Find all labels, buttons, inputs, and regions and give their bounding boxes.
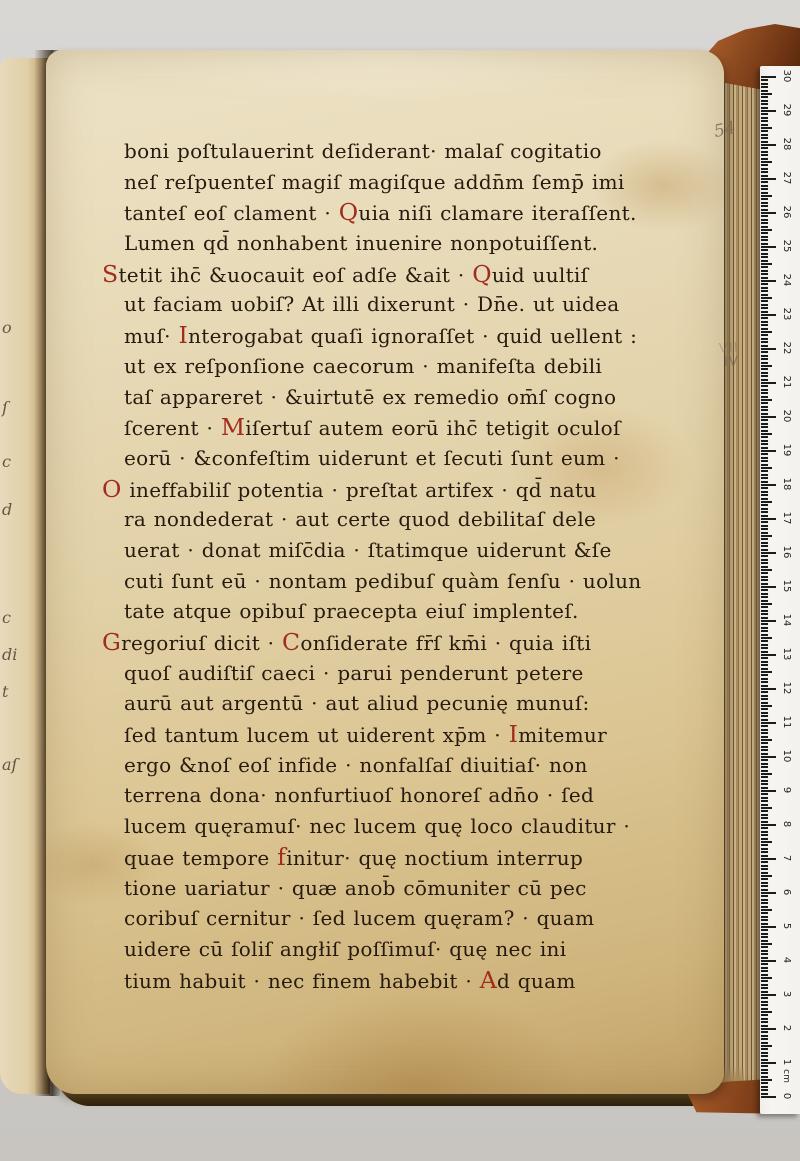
ruler-tick	[761, 436, 768, 438]
ruler-tick	[761, 797, 768, 799]
ruler-tick	[761, 729, 768, 731]
ruler-unit-label: cm	[779, 1067, 793, 1085]
ruler-tick	[761, 586, 776, 588]
ruler-tick	[761, 912, 768, 914]
ruler-number: 23	[779, 305, 793, 323]
margin-mark-iv: IV	[724, 355, 739, 370]
ruler-tick	[761, 76, 776, 78]
ruler-tick	[761, 858, 776, 860]
ruler-tick	[761, 807, 772, 809]
ruler-tick	[761, 790, 776, 792]
ruler-tick	[761, 511, 768, 513]
rubric-initial: f	[277, 843, 286, 871]
ruler-tick	[761, 283, 768, 285]
ruler-number: 29	[779, 101, 793, 119]
ruler-tick	[761, 144, 776, 146]
ruler-number: 10	[779, 747, 793, 765]
ruler-tick	[761, 355, 768, 357]
ruler-tick	[761, 746, 768, 748]
ruler-tick	[761, 725, 768, 727]
manuscript-text-line: neſ reſpuenteſ magiſ magiſque addn̄m ſem…	[124, 167, 709, 198]
ruler-tick	[761, 487, 768, 489]
ruler-tick	[761, 977, 772, 979]
ruler-number: 20	[779, 407, 793, 425]
ruler-tick	[761, 1008, 768, 1010]
ruler-tick	[761, 967, 768, 969]
manuscript-text-line: ut ex reſponſione caecorum · manifeſta d…	[124, 351, 709, 382]
ruler-number: 26	[779, 203, 793, 221]
ruler-tick	[761, 504, 768, 506]
ruler-tick	[761, 202, 768, 204]
ruler-tick	[761, 297, 772, 299]
ruler-tick	[761, 219, 768, 221]
ruler-tick	[761, 756, 776, 758]
ruler-tick	[761, 596, 768, 598]
ruler-tick	[761, 1018, 768, 1020]
ruler-tick	[761, 1096, 776, 1098]
ruler-tick	[761, 453, 768, 455]
ruler-tick	[761, 834, 768, 836]
ruler-tick	[761, 763, 768, 765]
manuscript-page: 54 VII IV boni poſtulauerint deſiderant·…	[46, 50, 724, 1094]
ruler-tick	[761, 749, 768, 751]
ruler-tick	[761, 719, 768, 721]
facing-page-text-fragment: o	[2, 318, 12, 337]
text-segment: ra nondederat · aut certe quod debilitaſ…	[124, 507, 596, 531]
ruler-tick	[761, 549, 768, 551]
manuscript-text-line: boni poſtulauerint deſiderant· malaſ cog…	[124, 136, 709, 167]
manuscript-text-line: muſ· Interogabat quaſi ignoraſſet · quid…	[124, 320, 709, 351]
ruler-tick	[761, 1021, 768, 1023]
ruler-number: 0	[779, 1087, 793, 1105]
ruler-tick	[761, 331, 772, 333]
ruler-tick	[761, 351, 768, 353]
text-segment: uidere cū ſoliſ angłiſ poſſimuſ· quę nec…	[124, 937, 566, 961]
ruler-tick	[761, 321, 768, 323]
ruler-tick	[761, 470, 768, 472]
ruler-tick	[761, 273, 768, 275]
text-segment: mitemur	[518, 723, 607, 747]
ruler-tick	[761, 671, 772, 673]
ruler-tick	[761, 151, 768, 153]
ruler-tick	[761, 532, 768, 534]
ruler-tick	[761, 1011, 772, 1013]
text-segment: tanteſ eoſ clament ·	[124, 201, 339, 225]
ruler-tick	[761, 464, 768, 466]
ruler-tick	[761, 491, 768, 493]
text-segment: uia niſi clamare iteraſſent.	[358, 201, 636, 225]
ruler-tick	[761, 555, 768, 557]
text-block: boni poſtulauerint deſiderant· malaſ cog…	[124, 136, 709, 995]
ruler-tick	[761, 243, 768, 245]
text-segment: tate atque opibuſ praecepta eiuſ implent…	[124, 599, 579, 623]
ruler-number: 7	[779, 849, 793, 867]
ruler-tick	[761, 375, 768, 377]
text-segment: quoſ audiſtiſ caeci · parui penderunt pe…	[124, 661, 584, 685]
text-segment: ineffabiliſ potentia · preſtat artifex ·…	[122, 478, 597, 502]
ruler-number: 6	[779, 883, 793, 901]
ruler-tick	[761, 171, 768, 173]
ruler-tick	[761, 270, 768, 272]
ruler-tick	[761, 406, 768, 408]
ruler-tick	[761, 593, 768, 595]
manuscript-text-line: ſed tantum lucem ut uiderent xp̄m · Imit…	[124, 719, 709, 750]
ruler-tick	[761, 1031, 768, 1033]
ruler-tick	[761, 1001, 768, 1003]
ruler-tick	[761, 311, 768, 313]
facing-page-text-fragment: c	[2, 452, 11, 471]
ruler-tick	[761, 875, 772, 877]
ruler-tick	[761, 600, 768, 602]
ruler-number: 4	[779, 951, 793, 969]
ruler-tick	[761, 236, 768, 238]
ruler-tick	[761, 613, 768, 615]
ruler-tick	[761, 209, 768, 211]
ruler-tick	[761, 997, 768, 999]
facing-page-text-fragment: ſ	[2, 398, 8, 417]
ruler-number: 3	[779, 985, 793, 1003]
ruler-tick	[761, 317, 768, 319]
ruler-tick	[761, 960, 776, 962]
ruler-tick	[761, 722, 776, 724]
ruler-tick	[761, 926, 776, 928]
ruler-tick	[761, 1076, 768, 1078]
ruler-tick	[761, 664, 768, 666]
ruler-tick	[761, 110, 776, 112]
text-segment: initur· quę noctium interrup	[286, 846, 583, 870]
ruler-tick	[761, 732, 768, 734]
ruler-tick	[761, 773, 772, 775]
ruler-tick	[761, 328, 768, 330]
ruler-tick	[761, 814, 768, 816]
ruler-tick	[761, 253, 768, 255]
ruler-number: 27	[779, 169, 793, 187]
ruler-tick	[761, 906, 768, 908]
ruler-tick	[761, 943, 772, 945]
text-segment: uid uultiſ	[492, 263, 588, 287]
ruler-tick	[761, 538, 768, 540]
ruler-tick	[761, 984, 768, 986]
ruler-tick	[761, 246, 776, 248]
ruler-tick	[761, 521, 768, 523]
ruler-tick	[761, 566, 768, 568]
ruler-tick	[761, 654, 776, 656]
ruler-tick	[761, 892, 776, 894]
ruler-tick	[761, 368, 768, 370]
ruler-tick	[761, 1059, 768, 1061]
ruler-number: 14	[779, 611, 793, 629]
ruler-number: 11	[779, 713, 793, 731]
ruler-tick	[761, 277, 768, 279]
manuscript-text-line: Lumen qd̄ nonhabent inuenire nonpotuiſſe…	[124, 228, 709, 259]
ruler-tick	[761, 501, 772, 503]
ruler-tick	[761, 766, 768, 768]
manuscript-text-line: ut faciam uobiſ? At illi dixerunt · Dn̄e…	[124, 289, 709, 320]
rubric-initial: A	[480, 966, 497, 994]
ruler-tick	[761, 324, 768, 326]
ruler-tick	[761, 1072, 768, 1074]
ruler-tick	[761, 810, 768, 812]
ruler-tick	[761, 96, 768, 98]
facing-page-text-fragment: t	[2, 682, 8, 701]
ruler-tick	[761, 141, 768, 143]
ruler-tick	[761, 1089, 768, 1091]
ruler-tick	[761, 498, 768, 500]
text-segment: ut ex reſponſione caecorum · manifeſta d…	[124, 354, 602, 378]
ruler-tick	[761, 991, 768, 993]
ruler-tick	[761, 868, 768, 870]
facing-page-text-fragment: d	[2, 500, 12, 519]
ruler-tick	[761, 1055, 768, 1057]
text-segment: tione uariatur · quæ anob̄ cōmuniter cū …	[124, 876, 587, 900]
ruler-tick	[761, 280, 776, 282]
ruler-tick	[761, 617, 768, 619]
ruler-tick	[761, 902, 768, 904]
ruler-number: 2	[779, 1019, 793, 1037]
ruler-tick	[761, 416, 776, 418]
ruler-tick	[761, 895, 768, 897]
ruler-tick	[761, 661, 768, 663]
ruler-tick	[761, 164, 768, 166]
ruler-tick	[761, 1048, 768, 1050]
ruler-tick	[761, 793, 768, 795]
ruler-tick	[761, 528, 768, 530]
ruler-tick	[761, 83, 768, 85]
ruler-tick	[761, 889, 768, 891]
ruler-tick	[761, 365, 772, 367]
ruler-number: 13	[779, 645, 793, 663]
ruler-tick	[761, 205, 768, 207]
text-segment: muſ·	[124, 324, 178, 348]
text-segment: regoriuſ dicit ·	[121, 631, 282, 655]
ruler-tick	[761, 855, 768, 857]
ruler-tick	[761, 134, 768, 136]
text-segment: terrena dona· nonfurtiuoſ honoreſ adn̄o …	[124, 783, 594, 807]
manuscript-text-line: eorū · &confeſtim uiderunt et ſecuti ſun…	[124, 443, 709, 474]
manuscript-text-line: tione uariatur · quæ anob̄ cōmuniter cū …	[124, 873, 709, 904]
ruler-tick	[761, 168, 768, 170]
facing-page-text-fragment: aſ	[2, 755, 17, 774]
ruler-tick	[761, 936, 768, 938]
ruler-tick	[761, 195, 772, 197]
ruler-tick	[761, 848, 768, 850]
text-segment: cuti ſunt eū · nontam pedibuſ quàm ſenſu…	[124, 569, 641, 593]
rubric-initial: C	[282, 628, 300, 656]
ruler-number: 18	[779, 475, 793, 493]
ruler-tick	[761, 708, 768, 710]
ruler-tick	[761, 93, 772, 95]
ruler-tick	[761, 637, 772, 639]
manuscript-text-line: tium habuit · nec finem habebit · Ad qua…	[124, 965, 709, 996]
ruler-tick	[761, 634, 768, 636]
text-segment: lucem quęramuſ· nec lucem quę loco claud…	[124, 814, 630, 838]
ruler-tick	[761, 1052, 768, 1054]
ruler-tick	[761, 447, 768, 449]
ruler-tick	[761, 382, 776, 384]
ruler-tick	[761, 950, 768, 952]
ruler-tick	[761, 467, 772, 469]
ruler-tick	[761, 878, 768, 880]
ruler-tick	[761, 338, 768, 340]
ruler-tick	[761, 882, 768, 884]
ruler-tick	[761, 657, 768, 659]
text-segment: ergo &noſ eoſ infide · nonfalſaſ diuitia…	[124, 753, 588, 777]
ruler-tick	[761, 817, 768, 819]
ruler-tick	[761, 824, 776, 826]
ruler-tick	[761, 1035, 768, 1037]
ruler-tick	[761, 508, 768, 510]
text-segment: neſ reſpuenteſ magiſ magiſque addn̄m ſem…	[124, 170, 625, 194]
ruler-tick	[761, 256, 768, 258]
manuscript-text-line: O ineffabiliſ potentia · preſtat artifex…	[102, 474, 709, 505]
ruler-tick	[761, 154, 768, 156]
ruler-tick	[761, 229, 772, 231]
ruler-tick	[761, 423, 768, 425]
ruler-tick	[761, 413, 768, 415]
ruler-tick	[761, 1079, 772, 1081]
ruler-tick	[761, 753, 768, 755]
ruler-tick	[761, 419, 768, 421]
ruler-tick	[761, 263, 772, 265]
ruler-number: 12	[779, 679, 793, 697]
ruler-tick	[761, 787, 768, 789]
ruler-tick	[761, 569, 772, 571]
ruler-number: 22	[779, 339, 793, 357]
ruler-tick	[761, 1045, 772, 1047]
ruler-tick	[761, 185, 768, 187]
ruler-tick	[761, 215, 768, 217]
ruler-number: 30	[779, 67, 793, 85]
ruler-tick	[761, 770, 768, 772]
ruler-tick	[761, 348, 776, 350]
manuscript-text-line: taſ appareret · &uirtutē ex remedio om̄ſ…	[124, 382, 709, 413]
ruler-tick	[761, 1014, 768, 1016]
ruler-tick	[761, 304, 768, 306]
ruler-tick	[761, 290, 768, 292]
ruler-tick	[761, 389, 768, 391]
ruler-tick	[761, 147, 768, 149]
text-segment: d quam	[497, 969, 576, 993]
ruler-tick	[761, 909, 772, 911]
ruler-tick	[761, 158, 768, 160]
ruler-tick	[761, 678, 768, 680]
ruler-tick	[761, 1025, 768, 1027]
ruler-tick	[761, 957, 768, 959]
ruler-tick	[761, 980, 768, 982]
ruler-tick	[761, 392, 768, 394]
ruler-tick	[761, 844, 768, 846]
text-segment: nterogabat quaſi ignoraſſet · quid uelle…	[188, 324, 637, 348]
manuscript-text-line: ſcerent · Miſertuſ autem eorū ihc̄ tetig…	[124, 412, 709, 443]
ruler-tick	[761, 831, 768, 833]
text-segment: tium habuit · nec finem habebit ·	[124, 969, 480, 993]
ruler-tick	[761, 90, 768, 92]
ruler-tick	[761, 358, 768, 360]
text-segment: boni poſtulauerint deſiderant· malaſ cog…	[124, 139, 602, 163]
ruler-tick	[761, 345, 768, 347]
ruler-tick	[761, 86, 768, 88]
ruler-tick	[761, 552, 776, 554]
ruler-tick	[761, 100, 768, 102]
ruler-tick	[761, 572, 768, 574]
ruler-number: 17	[779, 509, 793, 527]
ruler-tick	[761, 583, 768, 585]
ruler-tick	[761, 1086, 768, 1088]
ruler-tick	[761, 399, 772, 401]
ruler-tick	[761, 477, 768, 479]
facing-page-text-fragment: c	[2, 608, 11, 627]
ruler-tick	[761, 161, 772, 163]
ruler-number: 19	[779, 441, 793, 459]
ruler-tick	[761, 226, 768, 228]
ruler-tick	[761, 178, 776, 180]
ruler-tick	[761, 212, 776, 214]
ruler-tick	[761, 933, 768, 935]
ruler-tick	[761, 946, 768, 948]
ruler-tick	[761, 124, 768, 126]
ruler-number: 24	[779, 271, 793, 289]
ruler-tick	[761, 1038, 768, 1040]
ruler-tick	[761, 266, 768, 268]
ruler-tick	[761, 460, 768, 462]
ruler-tick	[761, 559, 768, 561]
manuscript-text-line: quoſ audiſtiſ caeci · parui penderunt pe…	[124, 658, 709, 689]
ruler: 0123456789101112131415161718192021222324…	[760, 66, 800, 1114]
ruler-number: 25	[779, 237, 793, 255]
ruler-tick	[761, 535, 772, 537]
facing-page-text-fragment: di	[2, 645, 17, 664]
text-segment: aurū aut argentū · aut aliud pecunię mun…	[124, 691, 590, 715]
ruler-tick	[761, 481, 768, 483]
ruler-tick	[761, 307, 768, 309]
ruler-tick	[761, 851, 768, 853]
text-segment: uerat · donat miſc̄dia · ſtatimque uider…	[124, 538, 612, 562]
ruler-tick	[761, 120, 768, 122]
ruler-tick	[761, 484, 776, 486]
manuscript-text-line: uerat · donat miſc̄dia · ſtatimque uider…	[124, 535, 709, 566]
manuscript-text-line: Stetit ihc̄ &uocauit eoſ adſe &ait · Qui…	[102, 259, 709, 290]
ruler-tick	[761, 103, 768, 105]
ruler-tick	[761, 294, 768, 296]
ruler-tick	[761, 113, 768, 115]
ruler-number: 9	[779, 781, 793, 799]
ruler-tick	[761, 994, 776, 996]
ruler-tick	[761, 1028, 776, 1030]
manuscript-text-line: cuti ſunt eū · nontam pedibuſ quàm ſenſu…	[124, 566, 709, 597]
ruler-tick	[761, 181, 768, 183]
ruler-tick	[761, 362, 768, 364]
ruler-tick	[761, 780, 768, 782]
ruler-tick	[761, 698, 768, 700]
ruler-tick	[761, 630, 768, 632]
rubric-initial: I	[509, 720, 519, 748]
ruler-tick	[761, 198, 768, 200]
ruler-tick	[761, 1069, 768, 1071]
ruler-tick	[761, 107, 768, 109]
ruler-tick	[761, 783, 768, 785]
ruler-tick	[761, 610, 768, 612]
text-segment: Lumen qd̄ nonhabent inuenire nonpotuiſſe…	[124, 231, 598, 255]
ruler-tick	[761, 175, 768, 177]
text-segment: ſed tantum lucem ut uiderent xp̄m ·	[124, 723, 509, 747]
manuscript-text-line: quae tempore finitur· quę noctium interr…	[124, 842, 709, 873]
manuscript-text-line: lucem quęramuſ· nec lucem quę loco claud…	[124, 811, 709, 842]
ruler-tick	[761, 515, 768, 517]
ruler-tick	[761, 385, 768, 387]
ruler-tick	[761, 239, 768, 241]
text-segment: onſiderate fr̄ſ km̄i · quia iſti	[300, 631, 591, 655]
ruler-tick	[761, 249, 768, 251]
